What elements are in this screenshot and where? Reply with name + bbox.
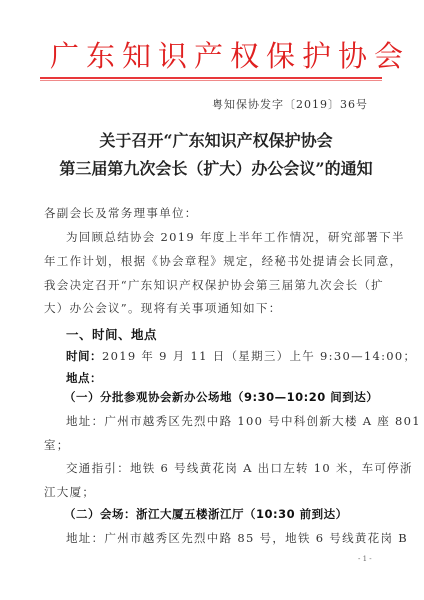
section-heading-time-place: 一、时间、地点 — [66, 325, 157, 343]
intro-line-3: 我会决定召开“广东知识产权保护协会第三届第九次会长（扩 — [44, 277, 384, 293]
subsection-1-heading: （一）分批参观协会新办公场地（9:30—10:20 间到达） — [64, 389, 378, 405]
time-value: 2019 年 9 月 11 日（星期三）上午 9:30—14:00； — [102, 349, 416, 363]
sub1-address-line-1: 地址：广州市越秀区先烈中路 100 号中科创新大楼 A 座 801 — [66, 413, 421, 429]
intro-line-2: 年工作计划，根据《协会章程》规定，经秘书处提请会长同意， — [44, 253, 402, 269]
sub1-address-line-2: 室； — [44, 437, 70, 453]
document-title-line-2: 第三届第九次会长（扩大）办公会议”的通知 — [4, 156, 424, 179]
intro-line-1: 为回顾总结协会 2019 年度上半年工作情况，研究部署下半 — [66, 229, 405, 245]
organization-letterhead: 广东知识产权保护协会 — [50, 34, 380, 75]
page-number: - 1 - — [358, 555, 372, 563]
sub2-address-line-1: 地址：广州市越秀区先烈中路 85 号，地铁 6 号线黄花岗 B — [66, 530, 408, 546]
letterhead-divider-thin — [40, 80, 382, 81]
document-title-line-1: 关于召开“广东知识产权保护协会 — [4, 128, 424, 151]
intro-line-4: 大）办公会议”。现将有关事项通知如下： — [44, 300, 282, 316]
time-label: 时间： — [66, 349, 102, 363]
salutation: 各副会长及常务理事单位： — [44, 205, 198, 221]
subsection-2-heading: （二）会场：浙江大厦五楼浙江厅（10:30 前到达） — [64, 506, 348, 522]
place-label: 地点： — [66, 370, 102, 386]
sub1-traffic-line-1: 交通指引：地铁 6 号线黄花岗 A 出口左转 10 米，车可停浙 — [66, 460, 413, 476]
time-row: 时间：2019 年 9 月 11 日（星期三）上午 9:30—14:00； — [66, 348, 416, 364]
letterhead-divider-thick — [40, 77, 382, 79]
document-number: 粤知保协发字〔2019〕36号 — [212, 96, 368, 112]
sub1-traffic-line-2: 江大厦； — [44, 484, 95, 500]
